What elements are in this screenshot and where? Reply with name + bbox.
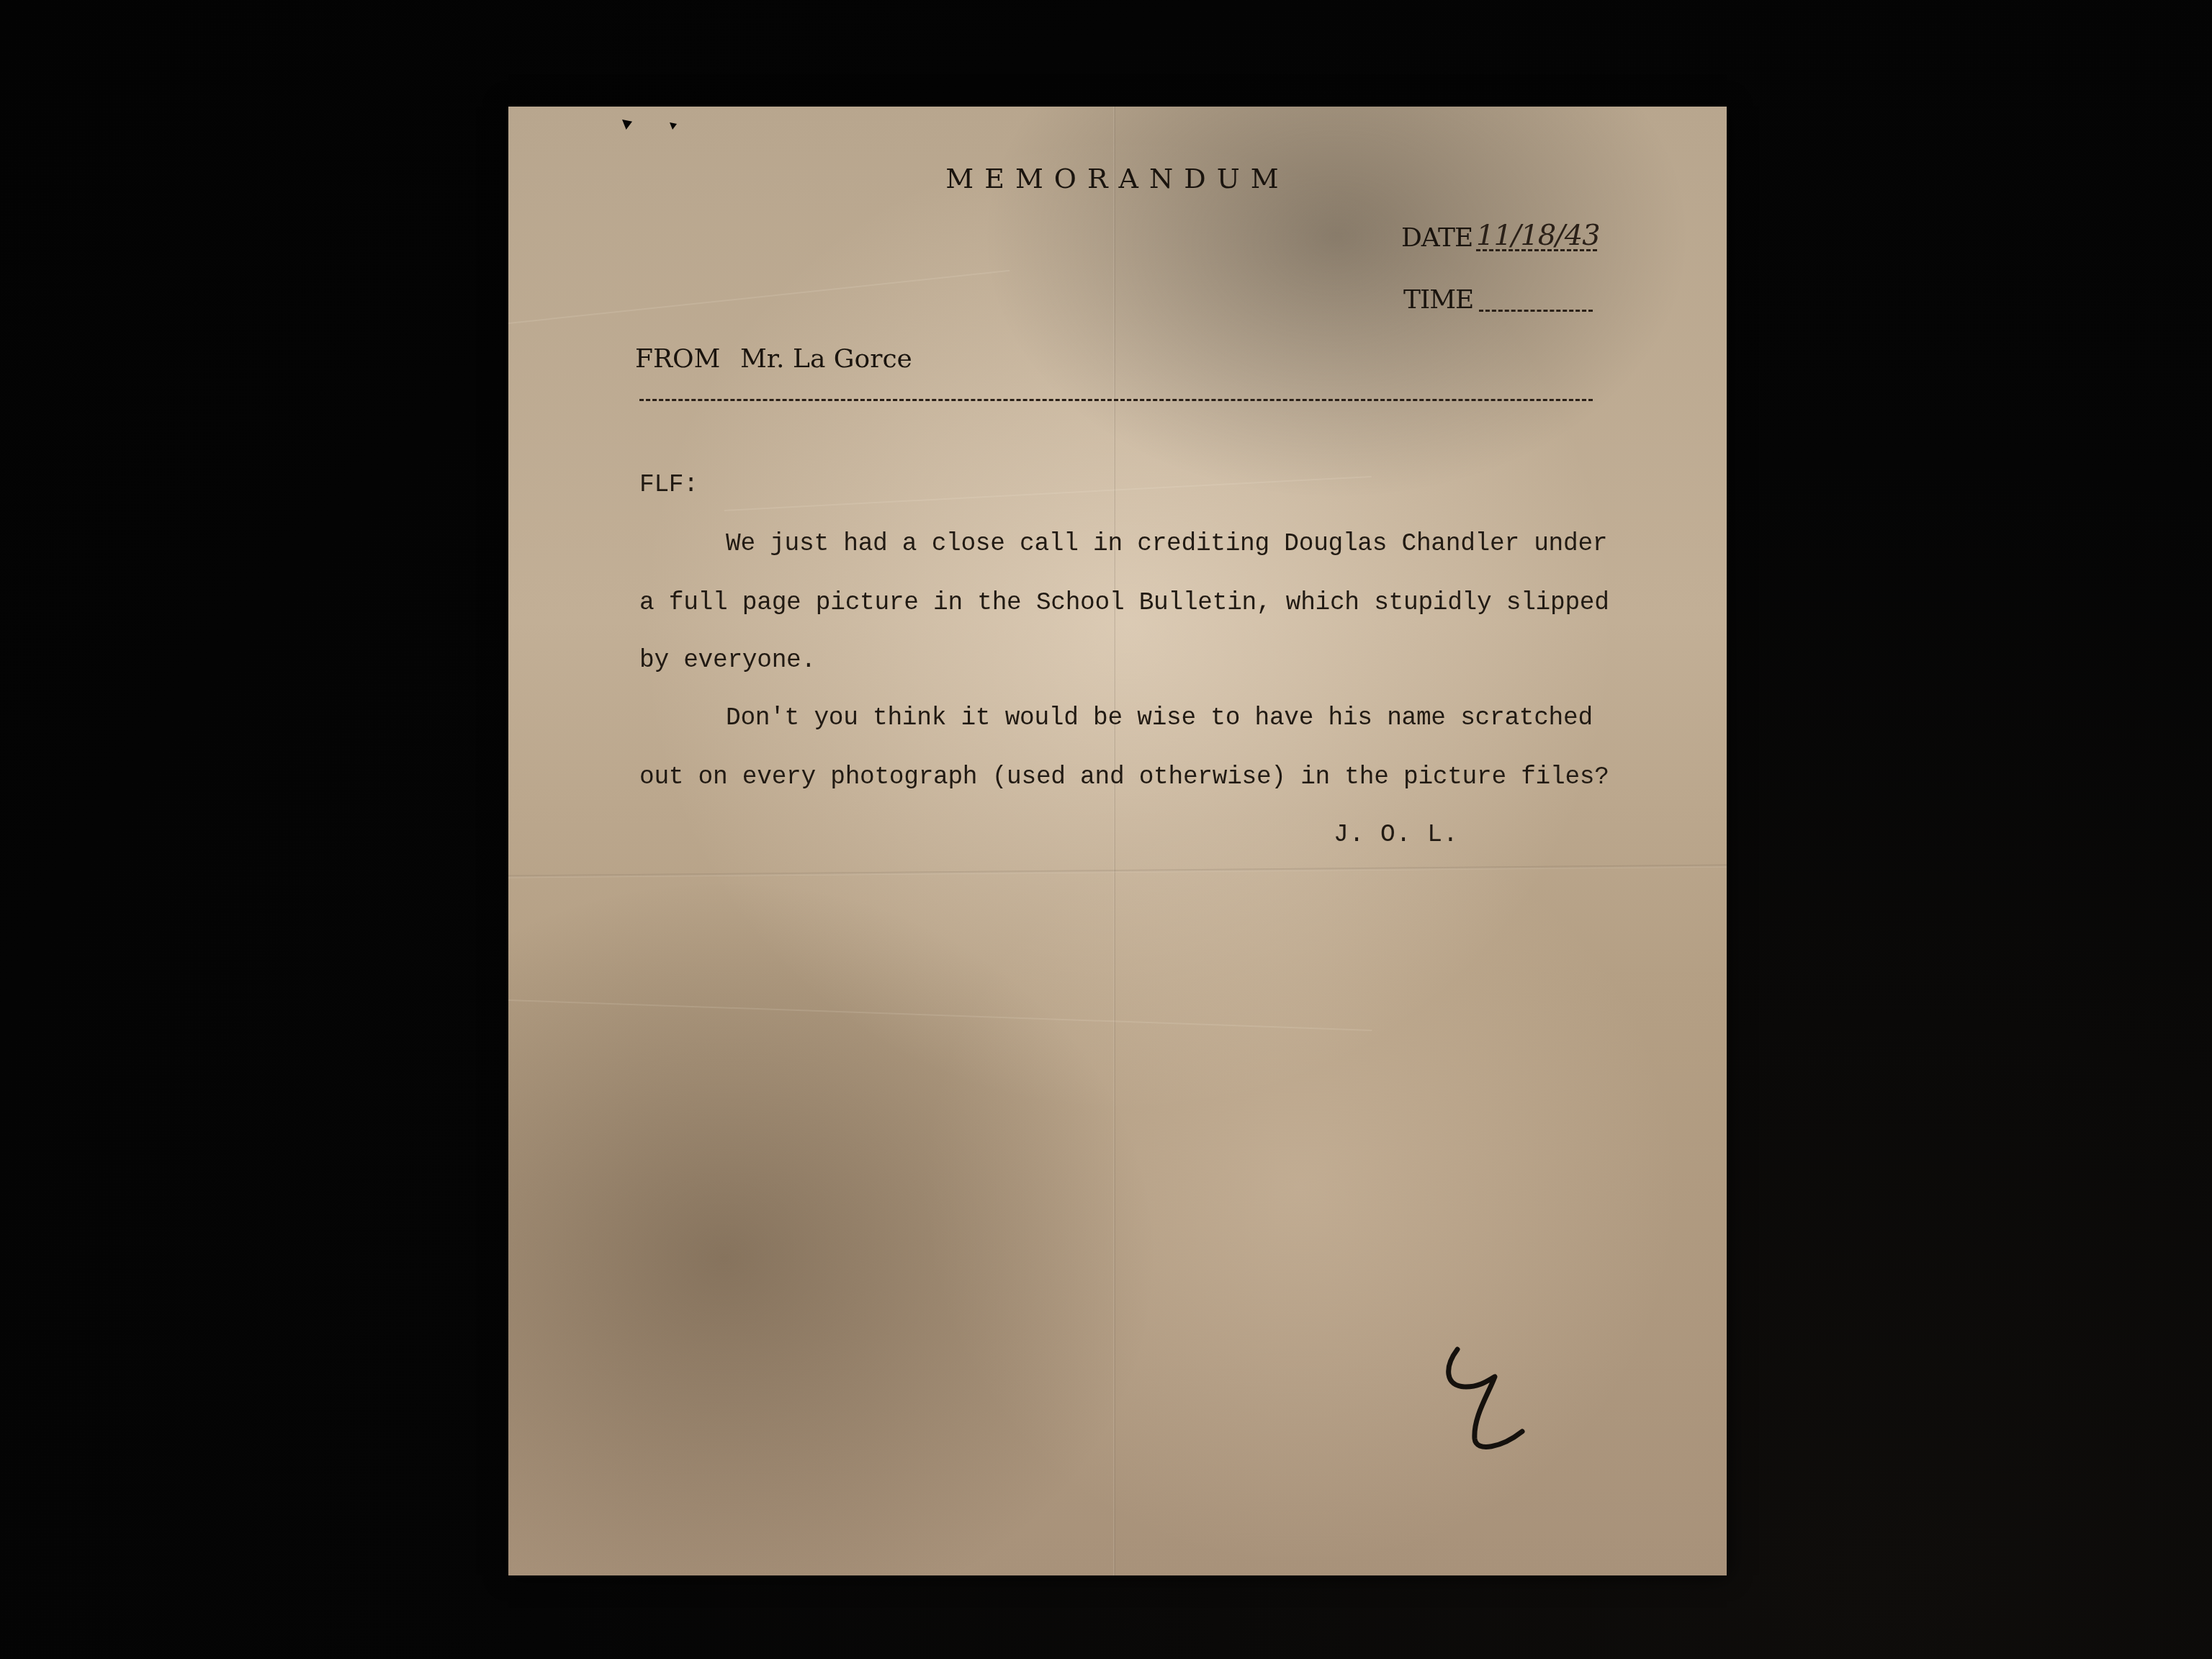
date-value: 11/18/43 [1476,219,1600,252]
body-line: by everyone. [639,647,816,675]
handwritten-mark-icon [1437,1345,1538,1460]
time-label: TIME [1403,285,1473,315]
paper-crease [508,270,1010,324]
date-underline [1476,249,1597,251]
from-label: FROM [635,344,720,374]
vertical-fold-line [1113,107,1115,1575]
body-line: Don't you think it would be wise to have… [726,704,1593,732]
staple-hole-icon [670,122,677,130]
paper-crease [508,999,1372,1031]
date-label: DATE [1401,223,1473,253]
signature-initials: J. O. L. [1334,821,1459,849]
body-line: We just had a close call in crediting Do… [726,530,1607,558]
body-line: a full page picture in the School Bullet… [639,589,1609,617]
paper-crease [724,476,1372,511]
salutation: FLF: [639,471,698,499]
memo-title: MEMORANDUM [508,163,1727,194]
from-value: Mr. La Gorce [740,344,912,374]
time-underline [1479,310,1593,312]
dashed-divider [639,399,1593,401]
staple-hole-icon [622,120,632,130]
horizontal-fold-line [508,865,1727,878]
memo-paper: MEMORANDUM DATE 11/18/43 TIME FROM Mr. L… [508,107,1727,1575]
body-line: out on every photograph (used and otherw… [639,763,1609,791]
